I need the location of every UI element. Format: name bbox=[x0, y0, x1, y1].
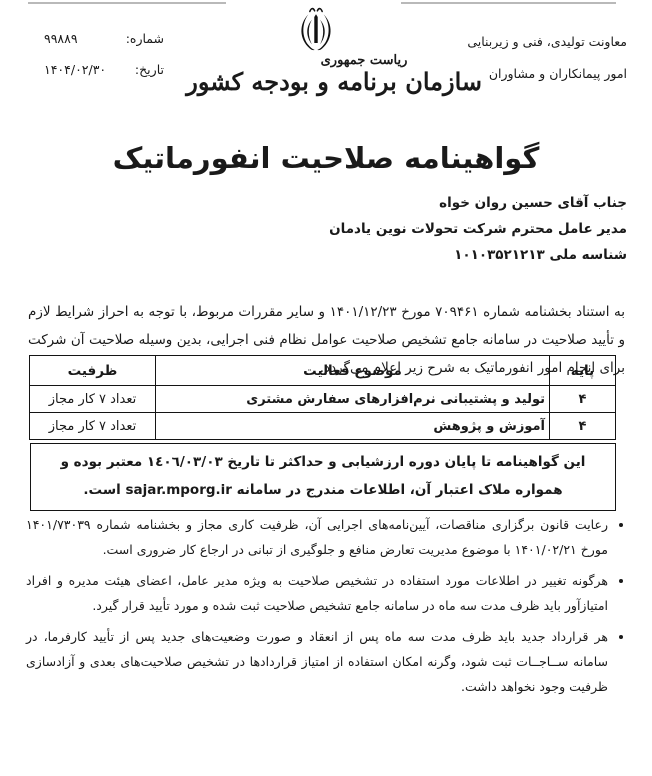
department-line-2: امور پیمانکاران و مشاوران bbox=[467, 58, 627, 90]
capacity-cell: تعداد ۷ کار مجاز bbox=[30, 413, 156, 440]
presidency-caption: ریاست جمهوری bbox=[318, 53, 410, 68]
number-date-block: شماره: ۹۹۸۸۹ تاریخ: ۱۴۰۴/۰۲/۳۰ bbox=[44, 23, 164, 85]
table-row: ۴ آموزش و پژوهش تعداد ۷ کار مجاز bbox=[30, 413, 616, 440]
validity-notice-box: این گواهینامه تا پایان دوره ارزشیابی و ح… bbox=[30, 443, 616, 511]
validity-line-1: این گواهینامه تا پایان دوره ارزشیابی و ح… bbox=[37, 448, 609, 476]
addressee-block: جناب آقای حسین روان خواه مدیر عامل محترم… bbox=[329, 190, 627, 268]
activity-cell: تولید و پشتیبانی نرم‌افزارهای سفارش مشتر… bbox=[156, 386, 550, 413]
certificate-document: معاونت تولیدی، فنی و زیربنایی امور پیمان… bbox=[0, 0, 652, 776]
legal-note-item: رعایت قانون برگزاری مناقصات، آیین‌نامه‌ه… bbox=[26, 512, 608, 562]
top-rule-left bbox=[28, 2, 226, 4]
column-header-activity: موضوع فعالیت bbox=[156, 356, 550, 386]
table-header-row: پایه موضوع فعالیت ظرفیت bbox=[30, 356, 616, 386]
date-row: تاریخ: ۱۴۰۴/۰۲/۳۰ bbox=[44, 54, 164, 85]
validity-line-2: همواره ملاک اعتبار آن، اطلاعات مندرج در … bbox=[37, 476, 609, 504]
date-value: ۱۴۰۴/۰۲/۳۰ bbox=[44, 62, 106, 77]
addressee-role: مدیر عامل محترم شرکت تحولات نوین یادمان bbox=[329, 216, 627, 242]
table-row: ۴ تولید و پشتیبانی نرم‌افزارهای سفارش مش… bbox=[30, 386, 616, 413]
organization-name: سازمان برنامه و بودجه کشور bbox=[228, 67, 482, 96]
legal-note-item: هرگونه تغییر در اطلاعات مورد استفاده در … bbox=[26, 568, 608, 618]
department-line-1: معاونت تولیدی، فنی و زیربنایی bbox=[467, 26, 627, 58]
number-label: شماره: bbox=[126, 31, 164, 46]
base-grade-cell: ۴ bbox=[550, 413, 616, 440]
activity-cell: آموزش و پژوهش bbox=[156, 413, 550, 440]
base-grade-cell: ۴ bbox=[550, 386, 616, 413]
column-header-base: پایه bbox=[550, 356, 616, 386]
number-value: ۹۹۸۸۹ bbox=[44, 31, 78, 46]
legal-note-item: هر قرارداد جدید باید ظرف مدت سه ماه پس ا… bbox=[26, 624, 608, 699]
page-title: گواهینامه صلاحیت انفورماتیک bbox=[0, 141, 652, 175]
iran-allah-emblem-icon bbox=[294, 6, 338, 54]
top-rule-right bbox=[401, 2, 616, 4]
qualification-section: پایه موضوع فعالیت ظرفیت ۴ تولید و پشتیبا… bbox=[30, 355, 616, 511]
number-row: شماره: ۹۹۸۸۹ bbox=[44, 23, 164, 54]
legal-notes: رعایت قانون برگزاری مناقصات، آیین‌نامه‌ه… bbox=[26, 512, 624, 705]
addressee-name: جناب آقای حسین روان خواه bbox=[329, 190, 627, 216]
date-label: تاریخ: bbox=[135, 62, 164, 77]
qualification-table: پایه موضوع فعالیت ظرفیت ۴ تولید و پشتیبا… bbox=[29, 355, 616, 440]
capacity-cell: تعداد ۷ کار مجاز bbox=[30, 386, 156, 413]
addressee-national-id: شناسه ملی ۱۰۱۰۳۵۲۱۲۱۳ bbox=[329, 242, 627, 268]
legal-notes-list: رعایت قانون برگزاری مناقصات، آیین‌نامه‌ه… bbox=[26, 512, 624, 699]
department-block: معاونت تولیدی، فنی و زیربنایی امور پیمان… bbox=[467, 26, 627, 90]
column-header-capacity: ظرفیت bbox=[30, 356, 156, 386]
